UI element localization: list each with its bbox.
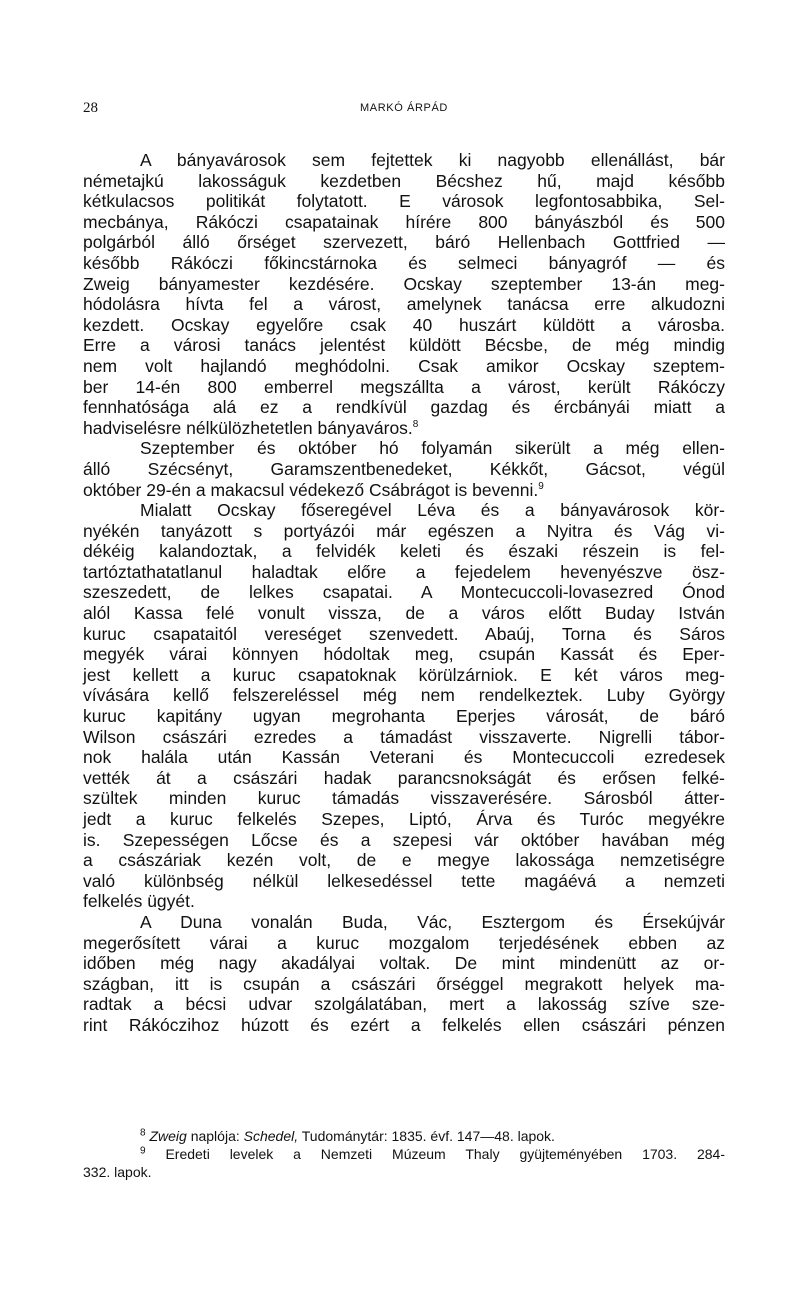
footnote-9: 9 Eredeti levelek a Nemzeti Múzeum Thaly… (83, 1145, 725, 1163)
paragraph-line: kétkulacsos politikát folytatott. E váro… (83, 191, 725, 212)
footnote-ref-9[interactable]: 9 (538, 481, 544, 492)
paragraph-line: később Rákóczi főkincstárnoka és selmeci… (83, 253, 725, 274)
paragraph-line: dékéig kalandoztak, a felvidék keleti és… (83, 541, 725, 562)
paragraph-line: álló Szécsényt, Garamszentbenedeket, Kék… (83, 459, 725, 480)
running-title: MARKÓ ÁRPÁD (83, 102, 725, 114)
footnote-9-continuation: 332. lapok. (83, 1163, 725, 1181)
paragraph-line: megerősített várai a kuruc mozgalom terj… (83, 933, 725, 954)
paragraph-line: ber 14-én 800 emberrel megszállta a váro… (83, 377, 725, 398)
footnote-text: Eredeti levelek a Nemzeti Múzeum Thaly g… (165, 1146, 725, 1162)
line-text: hadviselésre nélkülözhetetlen bányaváros… (83, 418, 413, 438)
footnote-marker: 8 (140, 1127, 146, 1138)
paragraph-line: jest kellett a kuruc csapatoknak körülzá… (83, 665, 725, 686)
paragraph-line: vívására kellő felszereléssel még nem re… (83, 685, 725, 706)
paragraph-line: jedt a kuruc felkelés Szepes, Liptó, Árv… (83, 809, 725, 830)
paragraph-line: A Duna vonalán Buda, Vác, Esztergom és É… (83, 912, 725, 933)
footnote-text: Tudománytár: 1835. évf. 147—48. lapok. (298, 1128, 555, 1144)
paragraph-line: Erre a városi tanács jelentést küldött B… (83, 335, 725, 356)
paragraph-line: való különbség nélkül lelkesedéssel tett… (83, 871, 725, 892)
paragraph-line: kezdett. Ocskay egyelőre csak 40 huszárt… (83, 315, 725, 336)
paragraph-line: hódolásra hívta fel a várost, amelynek t… (83, 294, 725, 315)
footnote-8: 8 Zweig naplója: Schedel, Tudománytár: 1… (83, 1127, 725, 1145)
paragraph-line: szültek minden kuruc támadás visszaverés… (83, 788, 725, 809)
paragraph-line: kuruc csapataitól vereséget szenvedett. … (83, 624, 725, 645)
paragraph-line: németajkú lakosságuk kezdetben Bécshez h… (83, 171, 725, 192)
footnote-ref-8[interactable]: 8 (413, 419, 419, 430)
paragraph-line: Zweig bányamester kezdésére. Ocskay szep… (83, 274, 725, 295)
paragraph-line: tartóztathatatlanul haladtak előre a fej… (83, 562, 725, 583)
paragraph-line-with-footnote: október 29-én a makacsul védekező Csábrá… (83, 480, 725, 501)
running-header: 28 MARKÓ ÁRPÁD (83, 100, 725, 120)
paragraph-line: szeszedett, de lelkes csapatai. A Montec… (83, 582, 725, 603)
paragraph-line: polgárból álló őrséget szervezett, báró … (83, 232, 725, 253)
paragraph-line: radtak a bécsi udvar szolgálatában, mert… (83, 994, 725, 1015)
body-text: A bányavárosok sem fejtettek ki nagyobb … (83, 150, 725, 1036)
paragraph-line: nok halála után Kassán Veterani és Monte… (83, 747, 725, 768)
paragraph-line-with-footnote: hadviselésre nélkülözhetetlen bányaváros… (83, 418, 725, 439)
document-page: 28 MARKÓ ÁRPÁD A bányavárosok sem fejtet… (0, 0, 804, 1289)
paragraph-line: rint Rákóczihoz húzott és ezért a felkel… (83, 1015, 725, 1036)
footnote-author: Zweig (149, 1128, 186, 1144)
paragraph-line: megyék várai könnyen hódoltak meg, csupá… (83, 644, 725, 665)
paragraph-line: A bányavárosok sem fejtettek ki nagyobb … (83, 150, 725, 171)
paragraph-line: kuruc kapitány ugyan megrohanta Eperjes … (83, 706, 725, 727)
paragraph-line: fennhatósága alá ez a rendkívül gazdag é… (83, 397, 725, 418)
paragraph-line: nem volt hajlandó meghódolni. Csak amiko… (83, 356, 725, 377)
footnotes: 8 Zweig naplója: Schedel, Tudománytár: 1… (83, 1127, 725, 1181)
paragraph-line: alól Kassa felé vonult vissza, de a váro… (83, 603, 725, 624)
footnote-text: naplója: (187, 1128, 244, 1144)
footnote-marker: 9 (140, 1145, 146, 1156)
paragraph-line: Szeptember és október hó folyamán sikerü… (83, 438, 725, 459)
line-text: október 29-én a makacsul védekező Csábrá… (83, 480, 538, 500)
paragraph-line: szágban, itt is csupán a császári őrségg… (83, 974, 725, 995)
paragraph-line: is. Szepességen Lőcse és a szepesi vár o… (83, 830, 725, 851)
paragraph-line: nyékén tanyázott s portyázói már egészen… (83, 521, 725, 542)
footnote-source: Schedel, (244, 1128, 298, 1144)
paragraph-line: időben még nagy akadályai voltak. De min… (83, 953, 725, 974)
paragraph-line: vették át a császári hadak parancsnokság… (83, 768, 725, 789)
paragraph-line: Wilson császári ezredes a támadást vissz… (83, 727, 725, 748)
paragraph-line: felkelés ügyét. (83, 891, 725, 912)
paragraph-line: Mialatt Ocskay főseregével Léva és a bán… (83, 500, 725, 521)
paragraph-line: mecbánya, Rákóczi csapatainak hírére 800… (83, 212, 725, 233)
paragraph-line: a császáriak kezén volt, de e megye lako… (83, 850, 725, 871)
